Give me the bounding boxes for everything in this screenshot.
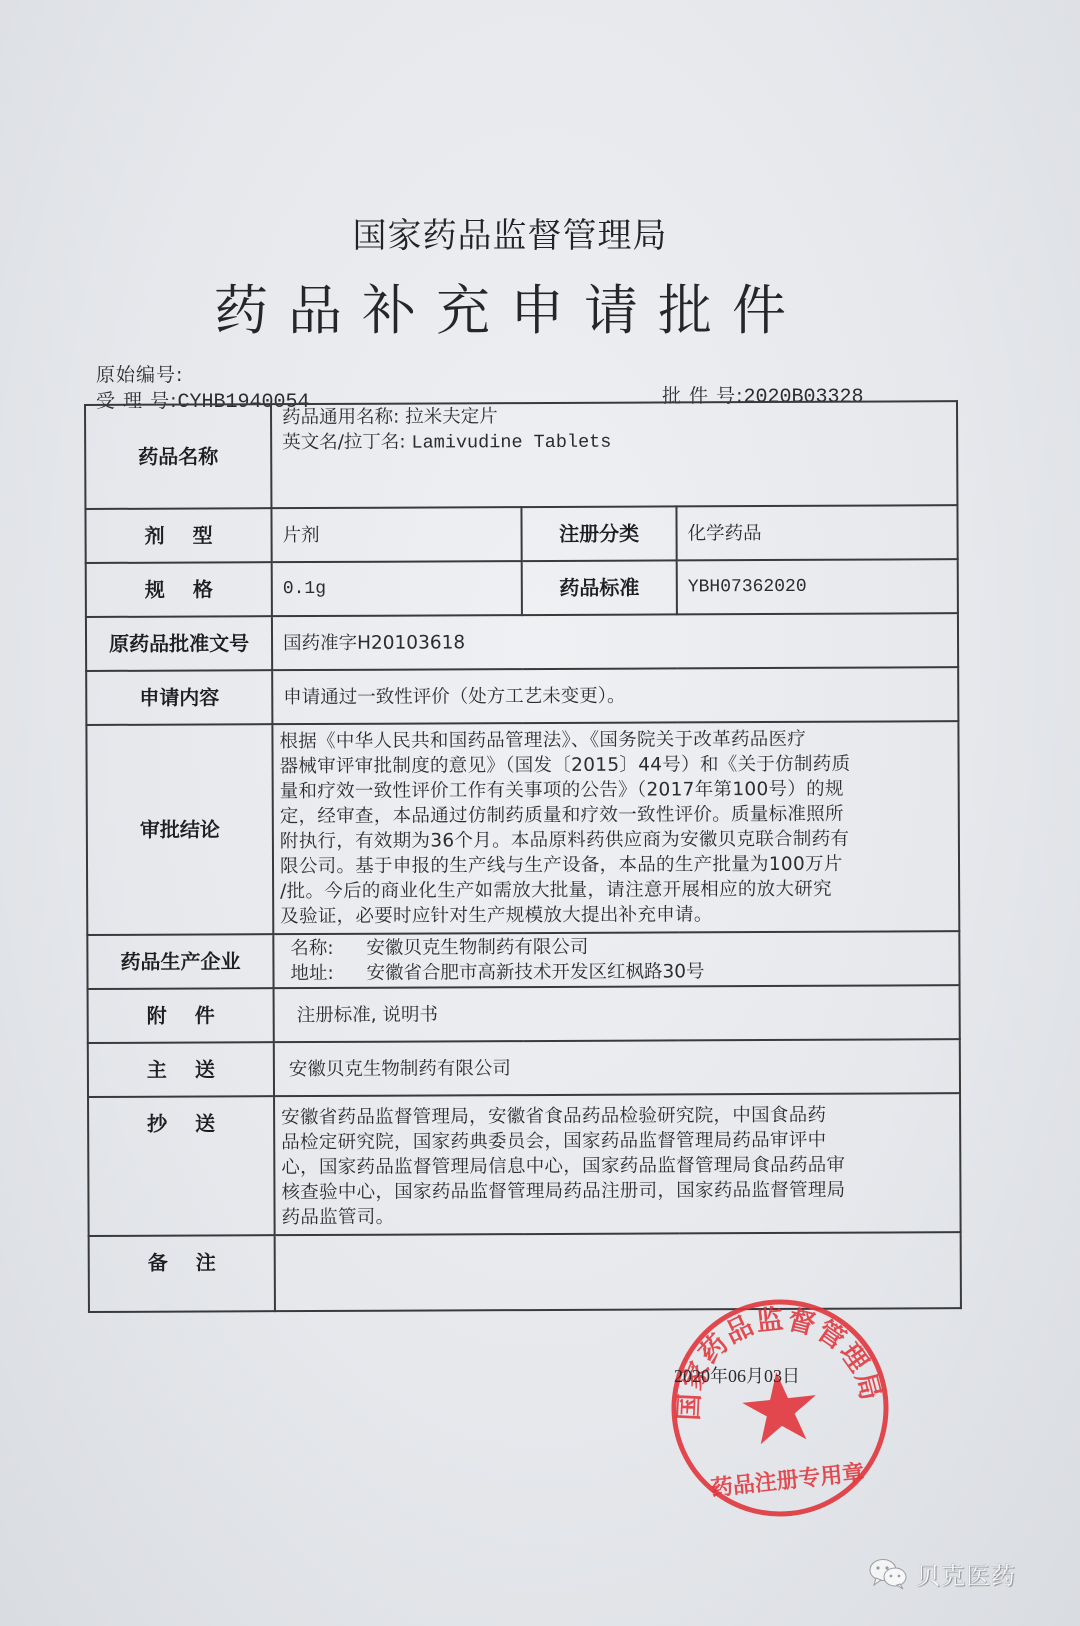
conclusion-line: 定，经审查，本品通过仿制药质量和疗效一致性评价。质量标准照所 <box>280 801 952 829</box>
conclusion-line: 器械审评审批制度的意见》（国发〔2015〕44号）和《关于仿制药质 <box>280 751 952 779</box>
wechat-icon <box>868 1558 908 1590</box>
table-row-cc: 抄送 安徽省药品监督管理局，安徽省食品药品检验研究院，中国食品药 品检定研究院，… <box>88 1093 961 1236</box>
table-row-drug-name: 药品名称 药品通用名称: 拉米夫定片 英文名/拉丁名: Lamivudine T… <box>85 401 957 509</box>
cc-text: 安徽省药品监督管理局，安徽省食品药品检验研究院，中国食品药 品检定研究院，国家药… <box>274 1093 961 1235</box>
main-recipient-value: 安徽贝克生物制药有限公司 <box>274 1039 960 1096</box>
cc-line: 安徽省药品监督管理局，安徽省食品药品检验研究院，中国食品药 <box>281 1102 953 1130</box>
generic-name-label: 药品通用名称: <box>282 407 399 429</box>
drug-name-cell: 药品通用名称: 拉米夫定片 英文名/拉丁名: Lamivudine Tablet… <box>271 401 957 508</box>
drug-name-label: 药品名称 <box>85 404 271 509</box>
english-name-line: 英文名/拉丁名: Lamivudine Tablets <box>282 427 946 456</box>
application-content-label: 申请内容 <box>86 670 272 725</box>
original-number-label: 原始编号: <box>96 364 183 386</box>
manufacturer-name-label: 名称: <box>290 936 366 961</box>
original-approval-value: 国药准字H20103618 <box>272 613 958 670</box>
agency-name: 国家药品监督管理局 <box>0 208 1050 257</box>
cc-line: 品检定研究院，国家药典委员会，国家药品监督管理局药品审评中 <box>281 1127 953 1155</box>
manufacturer-name-value: 安徽贝克生物制药有限公司 <box>366 937 588 959</box>
watermark: 贝克医药 <box>868 1556 1016 1591</box>
registration-class-value: 化学药品 <box>676 505 957 560</box>
manufacturer-label: 药品生产企业 <box>87 934 273 989</box>
specification-value: 0.1g <box>272 561 522 616</box>
registration-class-label: 注册分类 <box>521 506 676 561</box>
specification-label: 规格 <box>86 562 272 617</box>
document-title: 药品补充申请批件 <box>0 268 1050 345</box>
approval-date: 2020年06月03日 <box>674 1362 800 1388</box>
conclusion-text: 根据《中华人民共和国药品管理法》、《国务院关于改革药品医疗 器械审评审批制度的意… <box>272 721 959 934</box>
conclusion-line: 及验证，必要时应针对生产规模放大提出补充申请。 <box>280 901 952 929</box>
table-row-specification: 规格 0.1g 药品标准 YBH07362020 <box>86 559 958 617</box>
cc-line: 药品监管司。 <box>281 1202 953 1230</box>
approval-form-table: 药品名称 药品通用名称: 拉米夫定片 英文名/拉丁名: Lamivudine T… <box>84 400 962 1313</box>
remarks-label: 备注 <box>89 1235 275 1312</box>
table-row-attachments: 附件 注册标准, 说明书 <box>88 985 960 1043</box>
table-row-conclusion: 审批结论 根据《中华人民共和国药品管理法》、《国务院关于改革药品医疗 器械审评审… <box>86 721 959 935</box>
manufacturer-address-row: 地址:安徽省合肥市高新技术开发区红枫路30号 <box>290 958 948 986</box>
table-row-dosage-form: 剂型 片剂 注册分类 化学药品 <box>85 505 957 563</box>
cc-label: 抄送 <box>88 1096 275 1236</box>
conclusion-line: /批。今后的商业化生产如需放大批量，请注意开展相应的放大研究 <box>280 876 952 904</box>
cc-line: 核查验中心，国家药品监督管理局药品注册司，国家药品监督管理局 <box>281 1177 953 1205</box>
attachments-value: 注册标准, 说明书 <box>274 985 960 1042</box>
table-row-original-approval: 原药品批准文号 国药准字H20103618 <box>86 613 958 671</box>
conclusion-line: 附执行，有效期为36个月。本品原料药供应商为安徽贝克联合制药有 <box>280 826 952 854</box>
manufacturer-address-label: 地址: <box>290 961 366 986</box>
conclusion-line: 限公司。基于申报的生产线与生产设备，本品的生产批量为100万片 <box>280 851 952 879</box>
dosage-form-label: 剂型 <box>85 508 271 563</box>
drug-standard-value: YBH07362020 <box>677 559 958 614</box>
attachments-label: 附件 <box>88 988 274 1043</box>
cc-line: 心，国家药品监督管理局信息中心，国家药品监督管理局食品药品审 <box>281 1152 953 1180</box>
manufacturer-cell: 名称:安徽贝克生物制药有限公司 地址:安徽省合肥市高新技术开发区红枫路30号 <box>273 931 959 988</box>
conclusion-line: 根据《中华人民共和国药品管理法》、《国务院关于改革药品医疗 <box>279 726 951 754</box>
manufacturer-address-value: 安徽省合肥市高新技术开发区红枫路30号 <box>366 961 704 983</box>
conclusion-line: 量和疗效一致性评价工作有关事项的公告》（2017年第100号）的规 <box>280 776 952 804</box>
original-number: 原始编号: <box>96 360 183 388</box>
dosage-form-value: 片剂 <box>271 507 521 562</box>
drug-standard-label: 药品标准 <box>522 560 677 615</box>
application-content-value: 申请通过一致性评价（处方工艺未变更）。 <box>272 667 958 724</box>
official-seal-icon: 国家药品监督管理局 药品注册专用章 <box>657 1285 903 1531</box>
main-recipient-label: 主送 <box>88 1042 274 1097</box>
generic-name-value: 拉米夫定片 <box>405 406 498 427</box>
manufacturer-name-row: 名称:安徽贝克生物制药有限公司 <box>290 933 948 961</box>
table-row-application-content: 申请内容 申请通过一致性评价（处方工艺未变更）。 <box>86 667 958 725</box>
table-row-main-recipient: 主送 安徽贝克生物制药有限公司 <box>88 1039 960 1097</box>
original-approval-label: 原药品批准文号 <box>86 616 272 671</box>
english-name-value: Lamivudine Tablets <box>411 432 611 454</box>
conclusion-label: 审批结论 <box>86 724 273 935</box>
table-row-manufacturer: 药品生产企业 名称:安徽贝克生物制药有限公司 地址:安徽省合肥市高新技术开发区红… <box>87 931 959 989</box>
english-name-label: 英文名/拉丁名: <box>282 432 406 454</box>
generic-name-line: 药品通用名称: 拉米夫定片 <box>282 402 946 430</box>
watermark-text: 贝克医药 <box>916 1556 1016 1591</box>
